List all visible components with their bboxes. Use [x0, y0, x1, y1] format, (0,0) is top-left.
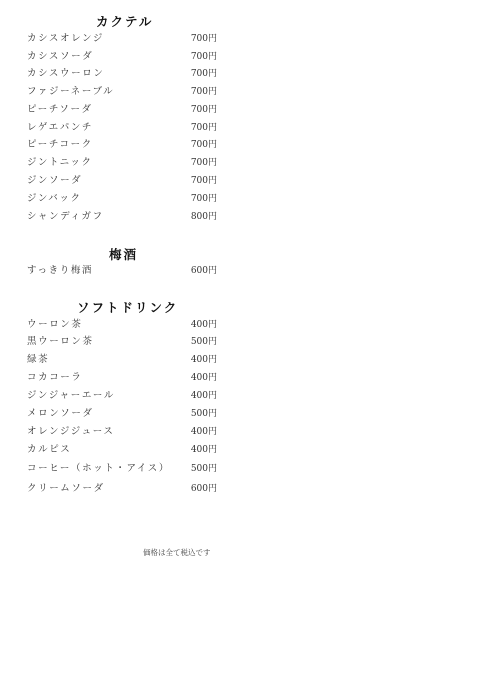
- menu-item: ファジーネーブル700円: [27, 85, 217, 99]
- menu-item: レゲエパンチ700円: [27, 121, 217, 135]
- menu-item: シャンディガフ800円: [27, 210, 217, 224]
- item-price: 500円: [191, 407, 217, 421]
- menu-item: ジンソーダ700円: [27, 174, 217, 188]
- item-price: 600円: [191, 264, 217, 278]
- tax-note: 価格は全て税込です: [143, 547, 211, 558]
- item-price: 400円: [191, 318, 217, 332]
- item-price: 800円: [191, 210, 217, 224]
- menu-item: カシスオレンジ700円: [27, 32, 217, 46]
- item-name: カルピス: [27, 443, 71, 457]
- menu-item: すっきり梅酒600円: [27, 264, 217, 278]
- item-price: 700円: [191, 67, 217, 81]
- menu-item: カシスソーダ700円: [27, 50, 217, 64]
- item-name: シャンディガフ: [27, 210, 104, 224]
- item-price: 400円: [191, 389, 217, 403]
- item-name: オレンジジュース: [27, 425, 114, 439]
- item-name: 緑茶: [27, 353, 49, 367]
- item-price: 600円: [191, 482, 217, 496]
- item-name: ジントニック: [27, 156, 93, 170]
- menu-item: 黒ウーロン茶500円: [27, 335, 217, 349]
- item-price: 400円: [191, 443, 217, 457]
- menu-item: メロンソーダ500円: [27, 407, 217, 421]
- menu-item: カシスウーロン700円: [27, 67, 217, 81]
- item-name: レゲエパンチ: [27, 121, 93, 135]
- section-title-cocktails: カクテル: [96, 12, 153, 30]
- item-name: ジンジャーエール: [27, 389, 115, 403]
- item-price: 700円: [191, 138, 217, 152]
- menu-item: ジンバック700円: [27, 192, 217, 206]
- menu-item: ウーロン茶400円: [27, 318, 217, 332]
- item-price: 500円: [191, 462, 217, 476]
- item-name: コカコーラ: [27, 371, 83, 385]
- item-price: 700円: [191, 32, 217, 46]
- item-price: 700円: [191, 192, 217, 206]
- item-price: 400円: [191, 353, 217, 367]
- item-price: 700円: [191, 121, 217, 135]
- item-price: 400円: [191, 425, 217, 439]
- menu-item: コーヒー（ホット・アイス）500円: [27, 462, 217, 476]
- item-price: 700円: [191, 50, 217, 64]
- item-name: メロンソーダ: [27, 407, 94, 421]
- item-name: ピーチソーダ: [27, 103, 93, 117]
- item-name: カシスウーロン: [27, 67, 104, 81]
- section-title-soft-drinks: ソフトドリンク: [77, 298, 178, 316]
- item-name: ファジーネーブル: [27, 85, 114, 99]
- item-name: すっきり梅酒: [27, 264, 93, 278]
- menu-item: 緑茶400円: [27, 353, 217, 367]
- item-name: カシスオレンジ: [27, 32, 104, 46]
- item-name: ジンバック: [27, 192, 82, 206]
- menu-item: ジンジャーエール400円: [27, 389, 217, 403]
- section-title-umeshu: 梅酒: [109, 245, 138, 263]
- item-price: 700円: [191, 156, 217, 170]
- menu-item: カルピス400円: [27, 443, 217, 457]
- menu-item: クリームソーダ600円: [27, 482, 217, 496]
- item-price: 400円: [191, 371, 217, 385]
- menu-item: コカコーラ400円: [27, 371, 217, 385]
- item-name: ジンソーダ: [27, 174, 82, 188]
- item-name: コーヒー（ホット・アイス）: [27, 462, 170, 476]
- item-price: 500円: [191, 335, 217, 349]
- menu-item: オレンジジュース400円: [27, 425, 217, 439]
- item-price: 700円: [191, 103, 217, 117]
- menu-item: ピーチソーダ700円: [27, 103, 217, 117]
- item-price: 700円: [191, 85, 217, 99]
- item-name: 黒ウーロン茶: [27, 335, 94, 349]
- item-name: ウーロン茶: [27, 318, 83, 332]
- item-price: 700円: [191, 174, 217, 188]
- menu-item: ジントニック700円: [27, 156, 217, 170]
- item-name: クリームソーダ: [27, 482, 105, 496]
- menu-item: ピーチコーク700円: [27, 138, 217, 152]
- item-name: カシスソーダ: [27, 50, 93, 64]
- item-name: ピーチコーク: [27, 138, 93, 152]
